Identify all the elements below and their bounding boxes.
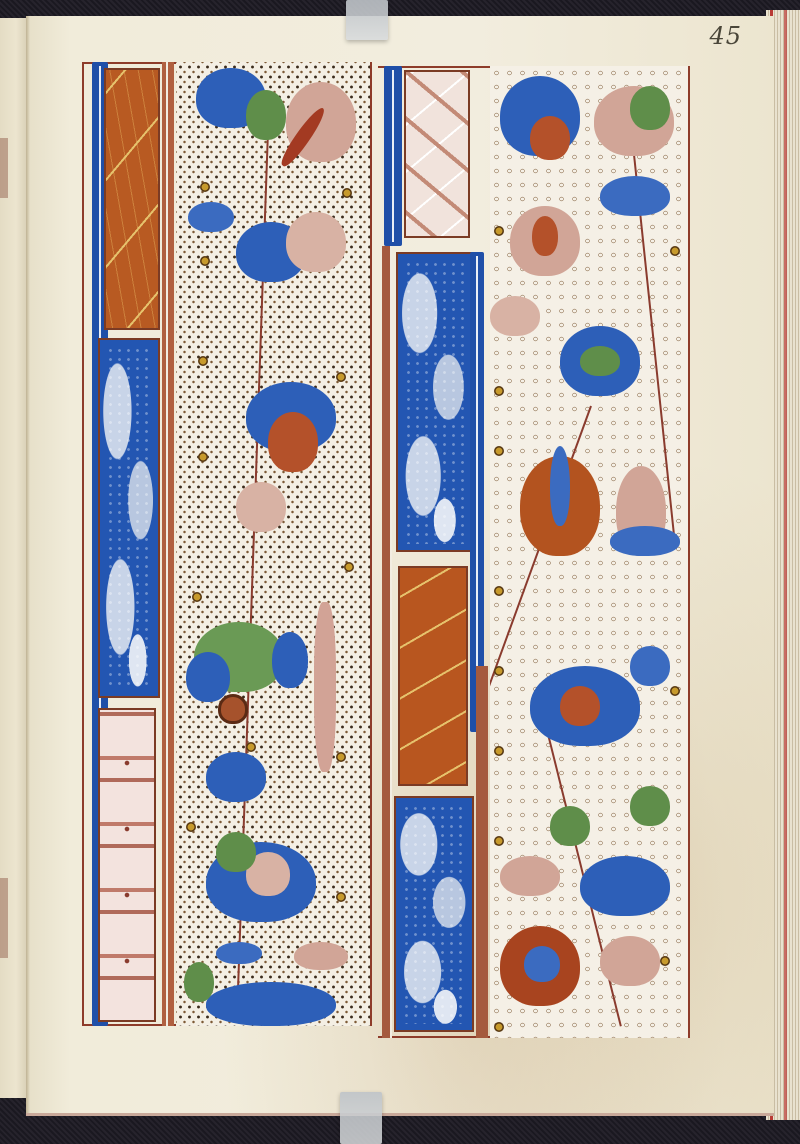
red-flower-center	[530, 116, 570, 160]
blue-petal	[186, 652, 230, 702]
green-leaf	[550, 806, 590, 846]
left-floral-panel	[176, 62, 372, 1026]
gold-bud	[342, 188, 352, 198]
gold-bud	[344, 562, 354, 572]
gold-bud	[198, 356, 208, 366]
previous-page-edge	[0, 18, 28, 1098]
red-flower-center	[268, 412, 318, 472]
right-inner-brown-strip	[476, 666, 488, 1038]
gold-bud	[198, 452, 208, 462]
gold-bud	[192, 592, 202, 602]
right-outer-blue-bar-top	[384, 66, 402, 246]
gutter-shadow	[26, 16, 30, 1113]
blue-bud	[630, 646, 670, 686]
red-edge-line	[784, 10, 787, 1120]
blue-flower-center	[524, 946, 560, 982]
prev-page-ink-bleed	[0, 138, 8, 198]
left-panel-orange	[104, 68, 160, 330]
pink-flower	[600, 936, 660, 986]
gold-bud	[494, 386, 504, 396]
pink-long-leaf	[314, 602, 336, 772]
blue-flower	[580, 856, 670, 916]
gold-bud	[494, 666, 504, 676]
green-leaf	[184, 962, 214, 1002]
pink-flower	[286, 212, 346, 272]
blue-flower	[600, 176, 670, 216]
right-panel-blue-acanthus-bottom	[394, 796, 474, 1032]
folio-number: 45	[709, 22, 742, 50]
prev-page-ink-bleed	[0, 878, 8, 958]
left-panel-pink-key	[98, 708, 156, 1022]
gold-bud	[494, 446, 504, 456]
pink-flower	[500, 856, 560, 896]
gold-bud	[200, 182, 210, 192]
green-leaf	[630, 786, 670, 826]
left-border-column	[82, 62, 372, 1026]
right-border-column	[378, 66, 690, 1038]
gold-bud	[494, 226, 504, 236]
gold-bud	[670, 686, 680, 696]
folio-page: 45	[26, 16, 774, 1116]
blue-leaf	[610, 526, 680, 556]
red-flower-center	[532, 216, 558, 256]
green-leaf	[580, 346, 620, 376]
blue-leaf	[188, 202, 234, 232]
green-leaf	[216, 832, 256, 872]
right-floral-panel	[490, 66, 690, 1038]
gold-bud	[670, 246, 680, 256]
green-leaf	[246, 90, 286, 140]
gold-bud	[336, 892, 346, 902]
gold-bud	[494, 586, 504, 596]
right-panel-orange-acanthus	[398, 566, 468, 786]
pink-bud	[294, 942, 348, 970]
gold-bud	[660, 956, 670, 966]
green-leaf	[630, 86, 670, 130]
right-white-rule	[390, 246, 392, 1038]
pink-flower	[490, 296, 540, 336]
gold-bud	[336, 752, 346, 762]
gold-bud	[246, 742, 256, 752]
blue-petal	[272, 632, 308, 688]
left-inner-brown-strip	[162, 62, 174, 1026]
red-flower-center	[560, 686, 600, 726]
book-clip-bottom	[340, 1092, 382, 1144]
blue-flower	[206, 752, 266, 802]
manuscript-scan: 45	[0, 0, 800, 1144]
gold-bud	[186, 822, 196, 832]
right-panel-blue-acanthus-top	[396, 252, 472, 552]
gold-bud	[200, 256, 210, 266]
left-panel-blue-acanthus	[98, 338, 160, 698]
gold-bud	[336, 372, 346, 382]
blue-scroll-leaf	[206, 982, 336, 1026]
pink-flower	[236, 482, 286, 532]
gold-bud	[494, 746, 504, 756]
right-panel-pink-zigzag	[404, 70, 470, 238]
gold-bud	[494, 1022, 504, 1032]
red-round-bud	[218, 694, 248, 724]
blue-bud	[216, 942, 262, 964]
left-white-rule	[166, 62, 168, 1026]
gold-bud	[494, 836, 504, 846]
right-inner-blue-bar	[470, 252, 484, 732]
blue-petal	[550, 446, 570, 526]
book-clip-top	[346, 0, 388, 40]
